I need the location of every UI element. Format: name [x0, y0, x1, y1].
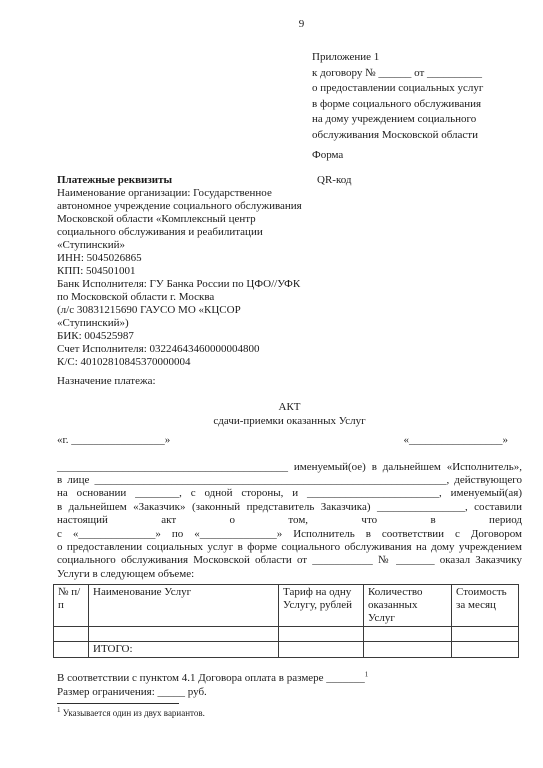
table-header-row: № п/ п Наименование Услуг Тариф на одну …: [54, 585, 519, 627]
act-body-line: Услуги в следующем объеме:: [57, 568, 522, 581]
table-header-cost: Стоимость за месяц: [452, 585, 519, 627]
appendix-line: к договору № ______ от __________: [312, 66, 522, 82]
qr-code-label: QR-код: [317, 174, 352, 188]
table-header-tariff: Тариф на одну Услугу, рублей: [279, 585, 364, 627]
act-body-line: на основании ________, с одной стороны, …: [57, 487, 522, 500]
table-cell-empty: [54, 627, 89, 642]
date-blank-field: «_________________»: [404, 434, 509, 448]
act-body-line: социального обслуживания Московской обла…: [57, 554, 522, 567]
appendix-line: Приложение 1: [312, 50, 522, 66]
page-number: 9: [81, 18, 522, 31]
payment-line: (л/с 30831215690 ГАУСО МО «КЦСОР: [57, 304, 522, 317]
payment-amount-line: В соответствии с пунктом 4.1 Договора оп…: [57, 671, 522, 685]
footnote-text: Указывается один из двух вариантов.: [63, 708, 205, 718]
table-header-quantity: Количество оказанных Услуг: [364, 585, 452, 627]
footnote-separator: [57, 703, 179, 704]
table-header-service-name: Наименование Услуг: [89, 585, 279, 627]
limit-line: Размер ограничения: _____ руб.: [57, 685, 522, 699]
appendix-line: о предоставлении социальных услуг: [312, 81, 522, 97]
table-cell-empty: [452, 627, 519, 642]
act-body-line: ________________________________________…: [57, 461, 522, 474]
payment-header-row: Платежные реквизиты QR-код: [57, 174, 522, 188]
appendix-line: обслуживания Московской области: [312, 128, 522, 144]
payment-line: по Московской области г. Москва: [57, 291, 522, 304]
payment-line: социального обслуживания и реабилитации: [57, 226, 522, 239]
table-total-row: ИТОГО:: [54, 642, 519, 658]
table-cell-empty: [279, 627, 364, 642]
table-cell-empty: [364, 627, 452, 642]
payment-requisites-title: Платежные реквизиты: [57, 174, 317, 188]
document-page: 9 Приложение 1 к договору № ______ от __…: [0, 0, 543, 768]
table-cell-empty: [89, 627, 279, 642]
table-total-label: ИТОГО:: [89, 642, 279, 658]
act-body-line: в дальнейшем «Заказчик» (законный предст…: [57, 501, 522, 514]
act-body-line: в лице _________________________________…: [57, 474, 522, 487]
table-cell-empty: [54, 642, 89, 658]
payment-line: автономное учреждение социального обслуж…: [57, 200, 522, 213]
table-cell-empty: [364, 642, 452, 658]
payment-line: «Ступинский»: [57, 239, 522, 252]
payment-line-ks: К/С: 40102810845370000004: [57, 356, 522, 369]
appendix-header: Приложение 1 к договору № ______ от ____…: [312, 50, 522, 143]
payment-line: «Ступинский»): [57, 317, 522, 330]
act-body-line: с «______________» по «______________» И…: [57, 528, 522, 541]
city-blank-field: «г. _________________»: [57, 434, 170, 448]
form-label: Форма: [312, 148, 522, 164]
payment-line: Наименование организации: Государственно…: [57, 187, 522, 200]
payment-line-bank: Банк Исполнителя: ГУ Банка России по ЦФО…: [57, 278, 522, 291]
table-row: [54, 627, 519, 642]
payment-line-kpp: КПП: 504501001: [57, 265, 522, 278]
payment-amount-text: В соответствии с пунктом 4.1 Договора оп…: [57, 672, 365, 684]
footnote-marker: 1: [57, 706, 61, 714]
table-header-number: № п/ п: [54, 585, 89, 627]
payment-line-account: Счет Исполнителя: 03224643460000004800: [57, 343, 522, 356]
act-body-paragraph: ________________________________________…: [57, 461, 522, 582]
appendix-line: на дому учреждением социального: [312, 112, 522, 128]
payment-requisites: Наименование организации: Государственно…: [57, 187, 522, 369]
table-cell-empty: [452, 642, 519, 658]
footnote-reference: 1: [365, 671, 369, 679]
footnote: 1 Указывается один из двух вариантов.: [57, 708, 522, 719]
payment-purpose-label: Назначение платежа:: [57, 375, 522, 388]
table-cell-empty: [279, 642, 364, 658]
act-body-line: настоящий акт о том, что в период: [57, 514, 522, 527]
payment-line: Московской области «Комплексный центр: [57, 213, 522, 226]
services-table: № п/ п Наименование Услуг Тариф на одну …: [53, 584, 519, 658]
payment-line-bik: БИК: 004525987: [57, 330, 522, 343]
payment-line-inn: ИНН: 5045026865: [57, 252, 522, 265]
appendix-line: в форме социального обслуживания: [312, 97, 522, 113]
payment-terms: В соответствии с пунктом 4.1 Договора оп…: [57, 671, 522, 699]
act-subtitle: сдачи-приемки оказанных Услуг: [57, 415, 522, 429]
act-title: АКТ: [57, 401, 522, 415]
city-date-row: «г. _________________» «________________…: [57, 434, 522, 448]
act-body-line: о предоставлении социальных услуг в форм…: [57, 541, 522, 554]
